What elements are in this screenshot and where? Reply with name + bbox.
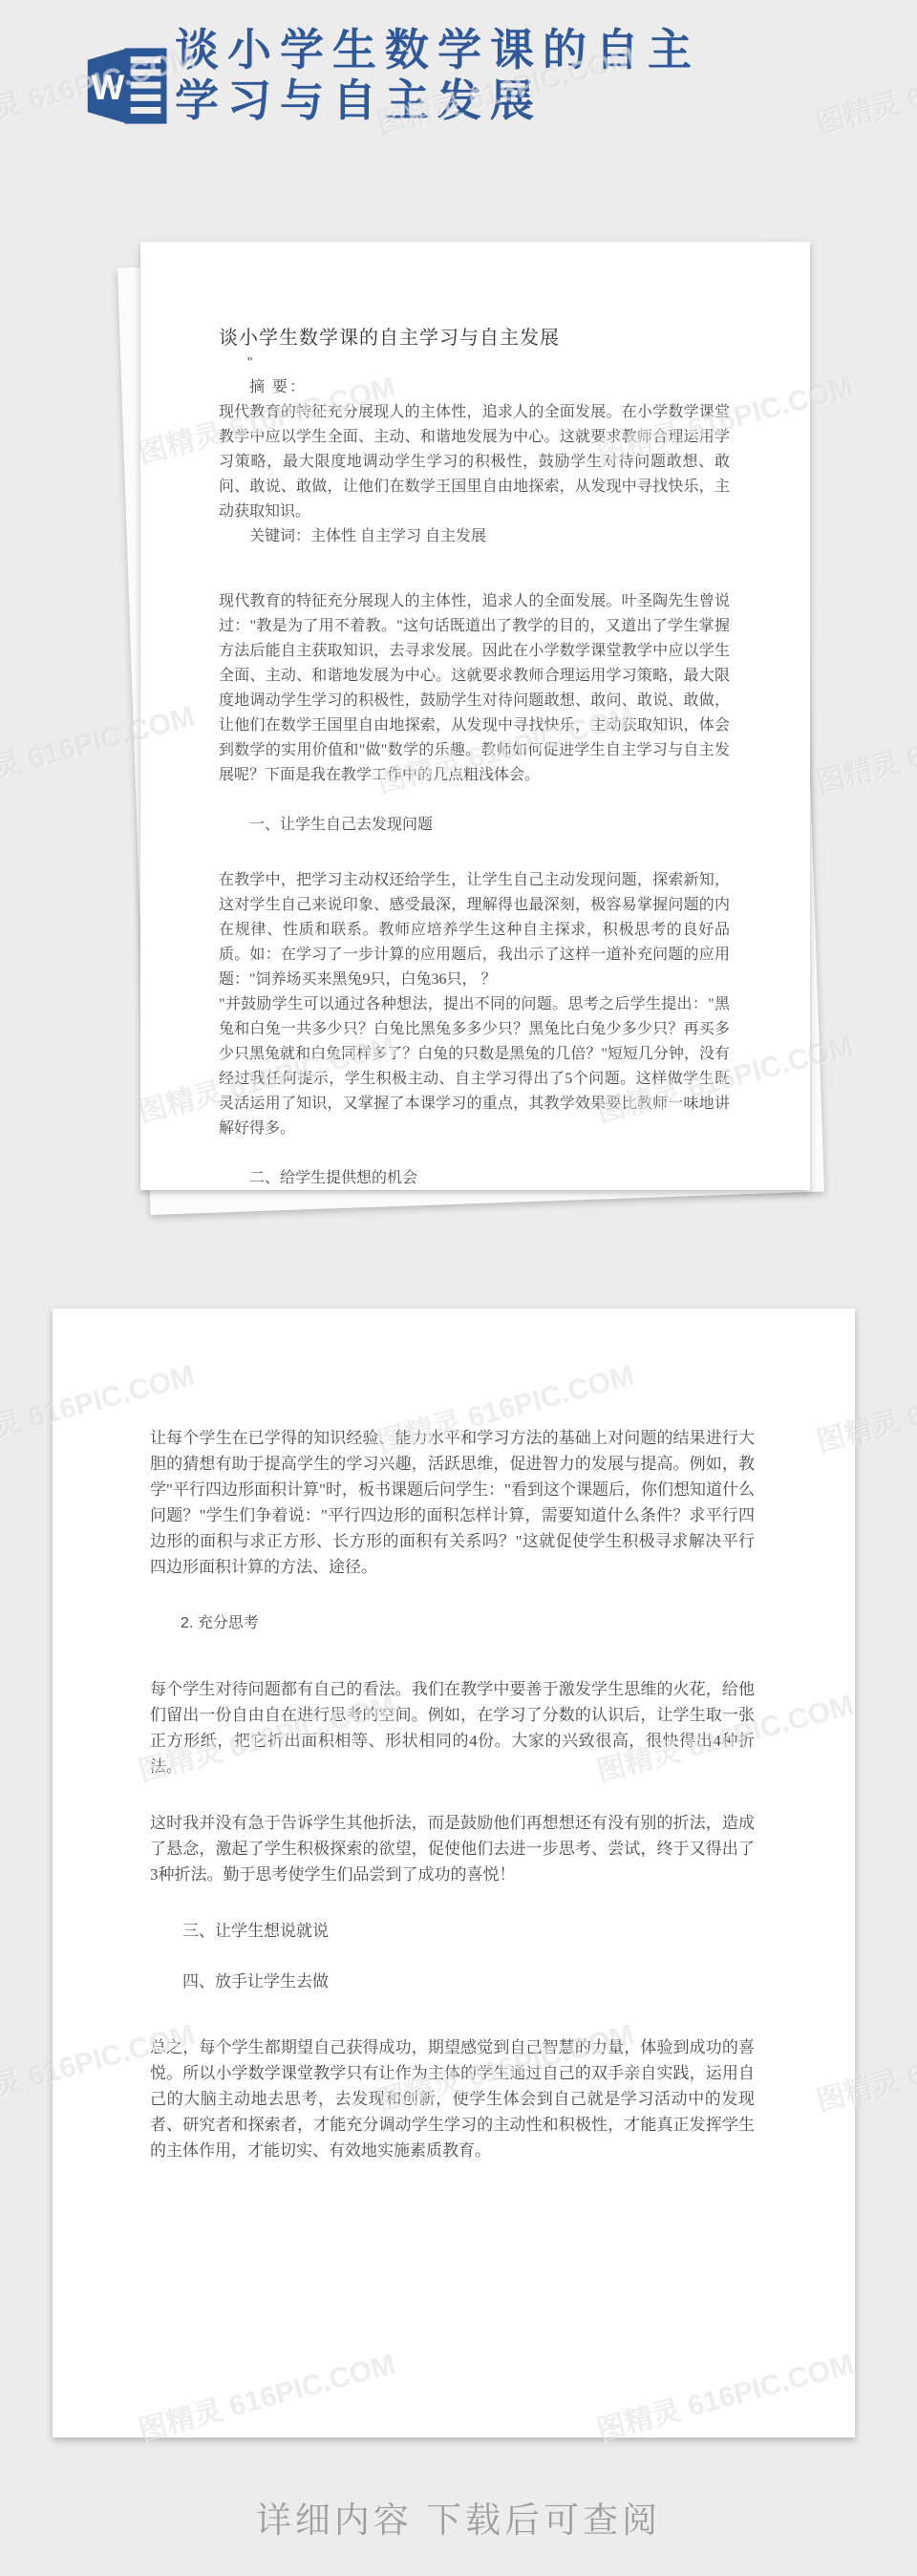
section-heading-1: 一、让学生自己去发现问题	[219, 813, 730, 838]
sub-heading-2: 2. 充分思考	[150, 1610, 755, 1636]
paragraph: 让每个学生在已学得的知识经验、能力水平和学习方法的基础上对问题的结果进行大胆的猜…	[150, 1425, 755, 1580]
header: W 谈小学生数学课的自主学习与自主发展	[0, 0, 917, 220]
paragraph: 现代教育的特征充分展现人的主体性，追求人的全面发展。叶圣陶先生曾说过："教是为了…	[219, 589, 730, 788]
paragraph: 这时我并没有急于告诉学生其他折法，而是鼓励他们再想想还有没有别的折法，造成了悬念…	[150, 1810, 755, 1887]
section-heading-3: 三、让学生想说就说	[150, 1918, 755, 1944]
paragraph: 每个学生对待问题都有自己的看法。我们在教学中要善于激发学生思维的火花，给他们留出…	[150, 1676, 755, 1779]
section-heading-2: 二、给学生提供想的机会	[219, 1166, 730, 1190]
document-page-1: 谈小学生数学课的自主学习与自主发展 " 摘 要： 现代教育的特征充分展现人的主体…	[140, 242, 810, 1190]
quote-mark: "	[219, 351, 730, 375]
word-icon: W	[80, 44, 176, 128]
page-title: 谈小学生数学课的自主学习与自主发展	[175, 25, 734, 126]
document-page-2: 让每个学生在已学得的知识经验、能力水平和学习方法的基础上对问题的结果进行大胆的猜…	[53, 1309, 855, 2438]
paragraph: 总之，每个学生都期望自己获得成功，期望感觉到自己智慧的力量，体验到成功的喜悦。所…	[150, 2034, 755, 2163]
doc-title: 谈小学生数学课的自主学习与自主发展	[219, 326, 730, 351]
paragraph: 在教学中，把学习主动权还给学生，让学生自己主动发现问题，探索新知，这对学生自己来…	[219, 868, 730, 992]
paragraph: "并鼓励学生可以通过各种想法，提出不同的问题。思考之后学生提出："黑兔和白兔一共…	[219, 992, 730, 1141]
watermark-text: 图精灵 616PIC.COM	[811, 692, 917, 801]
abstract-text: 现代教育的特征充分展现人的主体性，追求人的全面发展。在小学数学课堂教学中应以学生…	[219, 400, 730, 524]
abstract-label: 摘 要：	[219, 375, 730, 400]
keywords-line: 关键词：主体性 自主学习 自主发展	[219, 524, 730, 549]
svg-text:W: W	[91, 68, 124, 107]
section-heading-4: 四、放手让学生去做	[150, 1969, 755, 1994]
footer-caption: 详细内容 下载后可查阅	[0, 2491, 917, 2543]
